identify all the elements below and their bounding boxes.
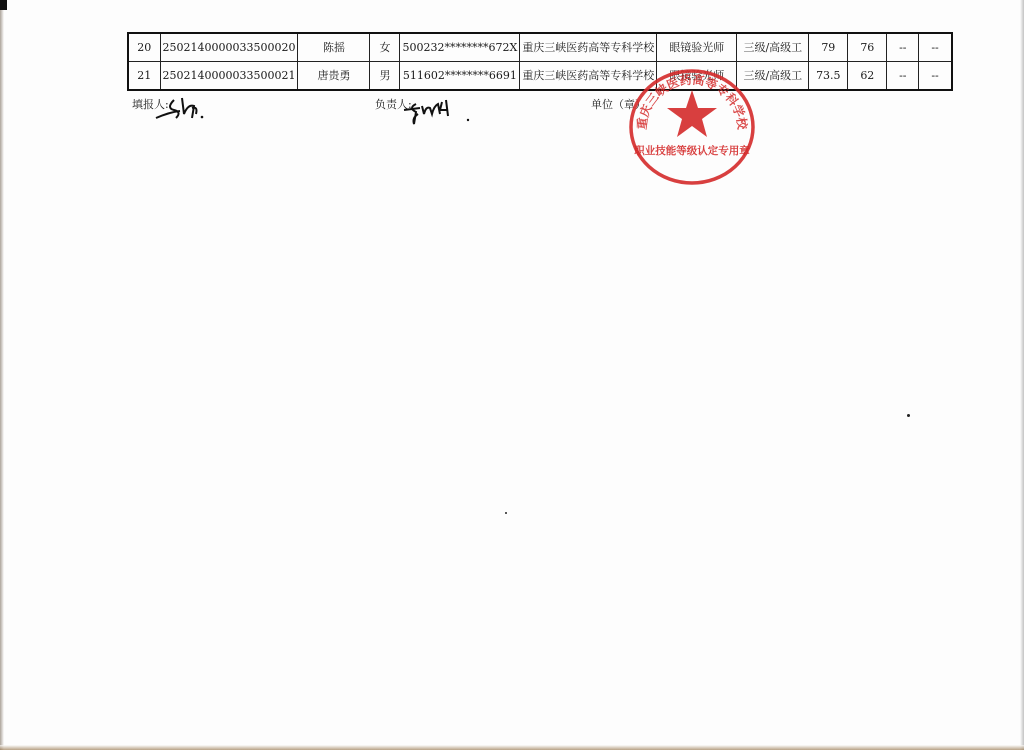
gender: 男	[370, 62, 400, 91]
cert-number: 2502140000033500020	[160, 33, 298, 62]
seal-inner-text: 职业技能等级认定专用章	[634, 144, 750, 157]
star-icon	[667, 90, 717, 137]
results-table: 20 2502140000033500020 陈摇 女 500232******…	[127, 32, 953, 91]
score-col-11: --	[887, 33, 919, 62]
gender: 女	[370, 33, 400, 62]
score-col-11: --	[887, 62, 919, 91]
theory-score: 73.5	[809, 62, 848, 91]
table-row: 21 2502140000033500021 唐贵勇 男 511602*****…	[128, 62, 952, 91]
id-number: 511602********6691	[400, 62, 520, 91]
candidate-name: 陈摇	[298, 33, 370, 62]
page-edge-right	[1020, 0, 1024, 750]
candidate-name: 唐贵勇	[298, 62, 370, 91]
score-col-12: --	[919, 62, 952, 91]
row-index: 21	[128, 62, 160, 91]
official-seal: 重庆三峡医药高等专科学校 职业技能等级认定专用章	[628, 68, 756, 186]
skill-level: 三级/高级工	[737, 33, 809, 62]
speck	[907, 414, 910, 417]
skill-score: 62	[848, 62, 887, 91]
institution: 重庆三峡医药高等专科学校	[520, 33, 657, 62]
page-edge-bottom	[0, 745, 1024, 750]
speck	[505, 512, 507, 514]
skill-score: 76	[848, 33, 887, 62]
row-index: 20	[128, 33, 160, 62]
filler-signature	[152, 94, 216, 124]
occupation: 眼镜验光师	[657, 33, 737, 62]
page-edge-left	[0, 0, 4, 750]
theory-score: 79	[809, 33, 848, 62]
score-col-12: --	[919, 33, 952, 62]
page-corner	[0, 0, 7, 10]
id-number: 500232********672X	[400, 33, 520, 62]
cert-number: 2502140000033500021	[160, 62, 298, 91]
responsible-signature	[402, 96, 482, 126]
table-row: 20 2502140000033500020 陈摇 女 500232******…	[128, 33, 952, 62]
